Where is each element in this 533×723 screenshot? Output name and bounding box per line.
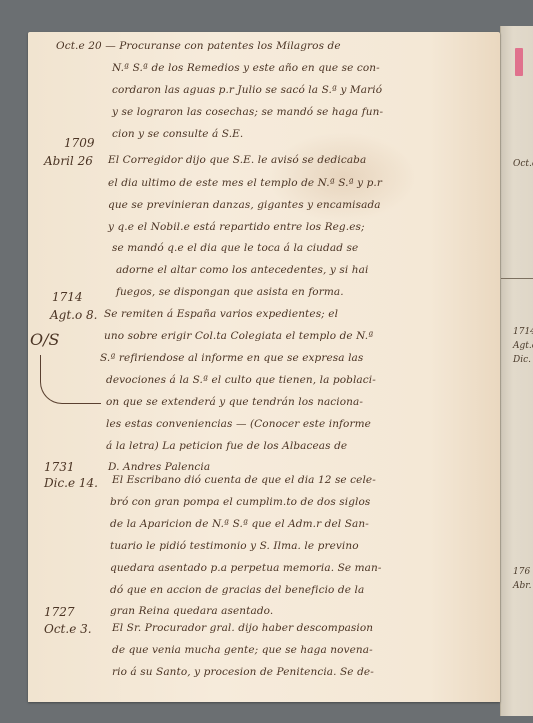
entry-line: el dia ultimo de este mes el templo de N… [108, 177, 382, 189]
entry-date: Abril 26 [44, 154, 93, 168]
bookmark-tab [515, 48, 523, 76]
entry-line: les estas conveniencias — (Conocer este … [106, 418, 371, 430]
entry-date: Dic.e 14. [44, 476, 98, 490]
adjacent-note: 176 [513, 566, 530, 578]
entry-line: dó que en accion de gracias del benefici… [110, 584, 364, 596]
entry-line: rio á su Santo, y procesion de Penitenci… [112, 666, 374, 678]
entry-year: 1731 [44, 460, 75, 474]
entry-line: cion y se consulte á S.E. [112, 128, 243, 140]
entry-line: El Sr. Procurador gral. dijo haber desco… [112, 622, 373, 634]
adjacent-note: 1714 [513, 326, 533, 338]
entry-date: Oct.e 3. [44, 622, 92, 636]
entry-line: se mandó q.e el dia que le toca á la ciu… [112, 242, 358, 254]
entry-year: 1709 [64, 136, 95, 150]
adjacent-page: Oct.e 1714 Agt.o Dic. 176 Abr. [500, 26, 533, 716]
entry-line: on que se extenderá y que tendrán los na… [106, 396, 363, 408]
entry-line: S.ª refiriendose al informe en que se ex… [100, 352, 363, 364]
entry-year: 1714 [52, 290, 83, 304]
entry-line: El Escribano dió cuenta de que el dia 12… [112, 474, 376, 486]
entry-line: uno sobre erigir Col.ta Colegiata el tem… [104, 330, 373, 342]
entry-line: N.ª S.ª de los Remedios y este año en qu… [112, 62, 380, 74]
entry-line: quedara asentado p.a perpetua memoria. S… [110, 562, 382, 574]
adjacent-note: Dic. [513, 354, 531, 366]
adjacent-page-rule [501, 278, 533, 279]
adjacent-note: Oct.e [513, 158, 533, 170]
entry-line: Se remiten á España varios expedientes; … [104, 308, 338, 320]
adjacent-note: Abr. [513, 580, 531, 592]
entry-line: de que venia mucha gente; que se haga no… [112, 644, 373, 656]
entry-line: devociones á la S.ª el culto que tienen,… [106, 374, 376, 386]
entry-line: El Corregidor dijo que S.E. le avisó se … [108, 154, 366, 166]
entry-date: Agt.o 8. [50, 308, 97, 322]
adjacent-note: Agt.o [513, 340, 533, 352]
margin-bracket [40, 355, 101, 404]
entry-line: cordaron las aguas p.r Julio se sacó la … [112, 84, 382, 96]
entry-line: Oct.e 20 — Procuranse con patentes los M… [56, 40, 341, 52]
entry-line: adorne el altar como los antecedentes, y… [116, 264, 368, 276]
entry-line: bró con gran pompa el cumplim.to de dos … [110, 496, 370, 508]
entry-line: que se previnieran danzas, gigantes y en… [108, 199, 381, 211]
entry-line: y q.e el Nobil.e está repartido entre lo… [108, 221, 365, 233]
entry-line: á la letra) La peticion fue de los Albac… [106, 440, 347, 452]
margin-mark: O/S [30, 330, 59, 349]
entry-line: gran Reina quedara asentado. [110, 605, 273, 617]
entry-line: fuegos, se dispongan que asista en forma… [116, 286, 344, 298]
entry-year: 1727 [44, 605, 75, 619]
entry-line: y se lograron las cosechas; se mandó se … [112, 106, 383, 118]
entry-line: de la Aparicion de N.ª S.ª que el Adm.r … [110, 518, 369, 530]
entry-line: tuario le pidió testimonio y S. Ilma. le… [110, 540, 359, 552]
entry-line: D. Andres Palencia [108, 461, 210, 473]
